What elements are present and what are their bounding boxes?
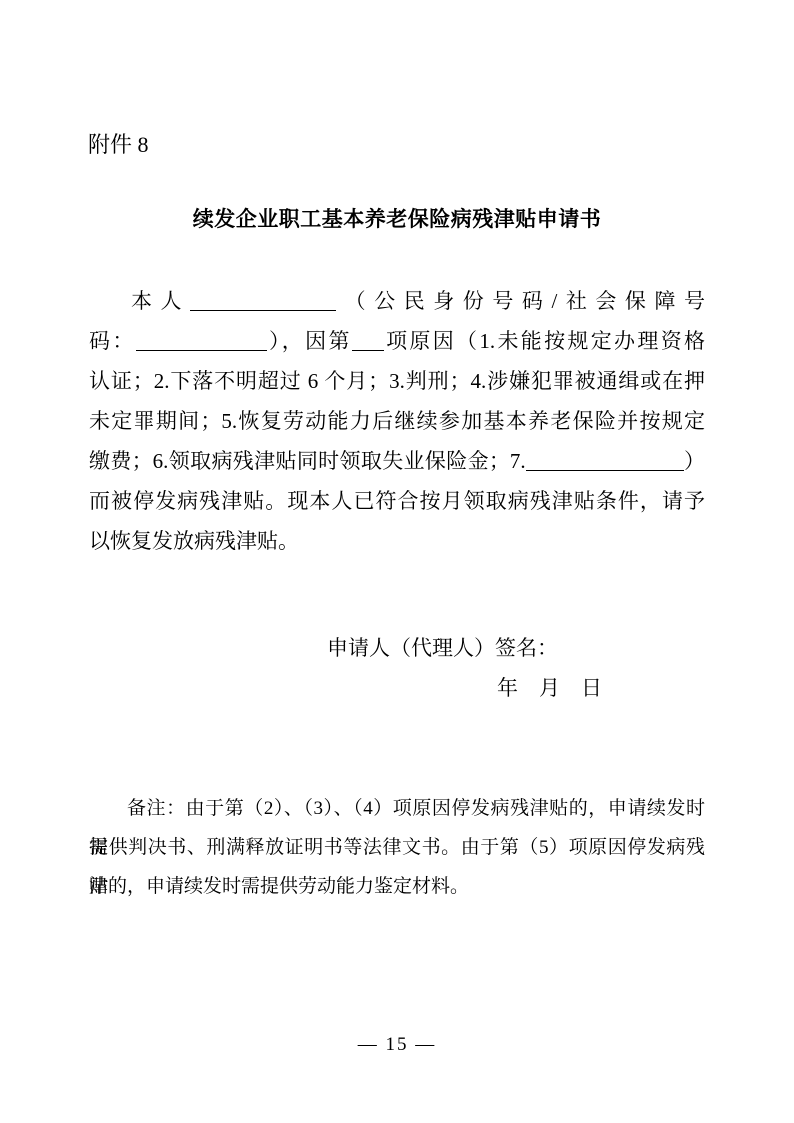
body-text: 而被停发病残津贴。现本人已符合按月领取病残津贴条件，请予: [89, 489, 705, 513]
attachment-label: 附件 8: [88, 131, 149, 159]
notes-section: 备注：由于第（2）、（3）、（4）项原因停发病残津贴的，申请续发时需 提供判决书…: [89, 789, 705, 906]
body-text: （公民身份号码/社会保障号: [336, 289, 705, 313]
body-text: 码：: [89, 329, 136, 353]
body-line: 码：），因第项原因（1.未能按规定办理资格: [89, 321, 705, 361]
note-line: 备注：由于第（2）、（3）、（4）项原因停发病残津贴的，申请续发时需: [89, 789, 705, 828]
page-number: — 15 —: [0, 1034, 794, 1056]
document-page: 附件 8 续发企业职工基本养老保险病残津贴申请书 本人（公民身份号码/社会保障号…: [0, 0, 794, 1123]
reason-item-blank-field: [352, 329, 384, 351]
other-reason-blank-field: [526, 449, 684, 471]
body-line: 以恢复发放病残津贴。: [89, 521, 705, 561]
note-line: 贴的，申请续发时需提供劳动能力鉴定材料。: [89, 867, 705, 906]
body-text: 未定罪期间；5.恢复劳动能力后继续参加基本养老保险并按规定: [89, 409, 705, 433]
body-line: 未定罪期间；5.恢复劳动能力后继续参加基本养老保险并按规定: [89, 401, 705, 441]
body-text: ）: [684, 449, 705, 473]
body-line: 缴费；6.领取病残津贴同时领取失业保险金；7.）: [89, 441, 705, 481]
body-text: ），因第: [267, 329, 352, 353]
body-text: 项原因（1.未能按规定办理资格: [384, 329, 705, 353]
signature-date-line: 年 月 日: [497, 673, 602, 703]
note-line: 提供判决书、刑满释放证明书等法律文书。由于第（5）项原因停发病残津: [89, 828, 705, 867]
document-title: 续发企业职工基本养老保险病残津贴申请书: [0, 203, 794, 233]
id-number-blank-field: [136, 329, 267, 351]
signature-label: 申请人（代理人）签名：: [327, 633, 558, 663]
body-text: 认证；2.下落不明超过 6 个月；3.判刑；4.涉嫌犯罪被通缉或在押: [89, 369, 705, 393]
body-text: 以恢复发放病残津贴。: [89, 529, 299, 553]
body-text: 本人: [131, 289, 190, 313]
application-body: 本人（公民身份号码/社会保障号 码：），因第项原因（1.未能按规定办理资格 认证…: [89, 281, 705, 561]
body-text: 缴费；6.领取病残津贴同时领取失业保险金；7.: [89, 449, 526, 473]
applicant-name-blank-field: [190, 289, 336, 311]
body-line: 认证；2.下落不明超过 6 个月；3.判刑；4.涉嫌犯罪被通缉或在押: [89, 361, 705, 401]
body-line: 而被停发病残津贴。现本人已符合按月领取病残津贴条件，请予: [89, 481, 705, 521]
body-line: 本人（公民身份号码/社会保障号: [89, 281, 705, 321]
